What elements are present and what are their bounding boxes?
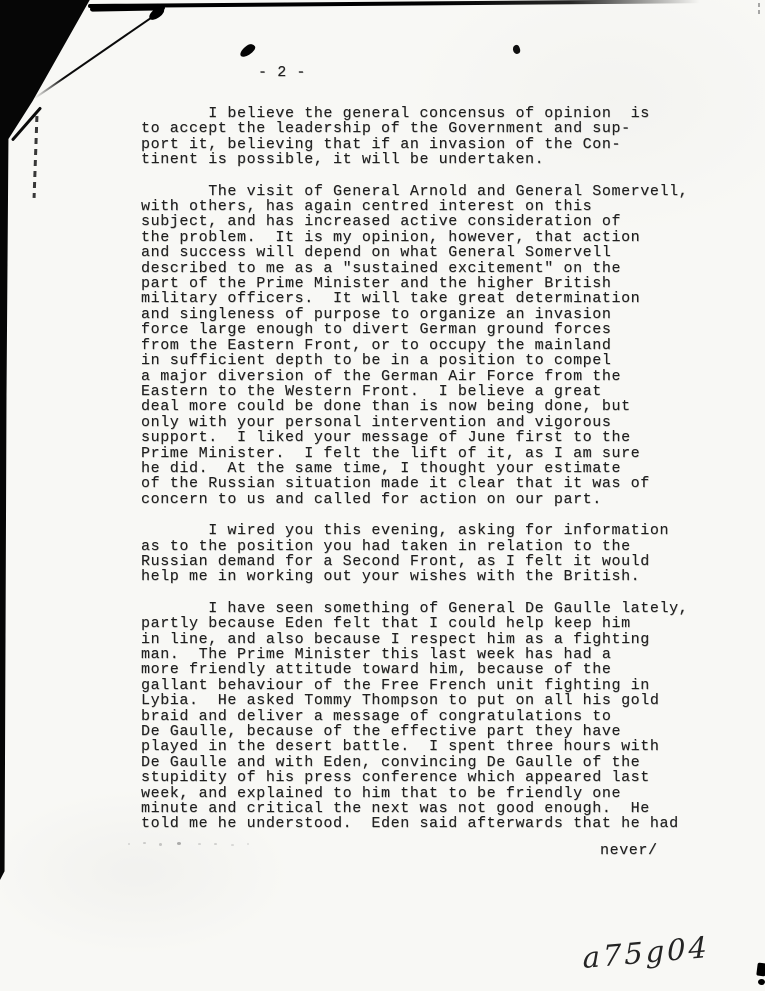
paragraph-consensus: I believe the general concensus of opini… [141, 106, 701, 168]
scanned-letter-page: - 2 - I believe the general concensus of… [0, 0, 765, 991]
paragraph-de-gaulle: I have seen something of General De Gaul… [141, 601, 701, 832]
scan-right-edge-dot [758, 979, 765, 985]
scan-top-edge-line [88, 0, 706, 7]
scan-crease-dashes [33, 116, 38, 198]
scan-right-edge-mark [756, 963, 765, 977]
scan-speckle [128, 843, 130, 845]
paragraph-arnold-somervell: The visit of General Arnold and General … [141, 184, 701, 508]
handwritten-archive-number: a75g04 [582, 930, 710, 975]
ink-speck-icon [512, 44, 522, 55]
paragraph-wired-this-evening: I wired you this evening, asking for inf… [141, 523, 701, 585]
ink-blot-icon [238, 42, 257, 59]
scan-top-right-mark [758, 3, 760, 17]
page-number: - 2 - [258, 64, 306, 81]
continuation-catchword: never/ [600, 842, 658, 859]
letter-body: I believe the general concensus of opini… [141, 106, 701, 848]
